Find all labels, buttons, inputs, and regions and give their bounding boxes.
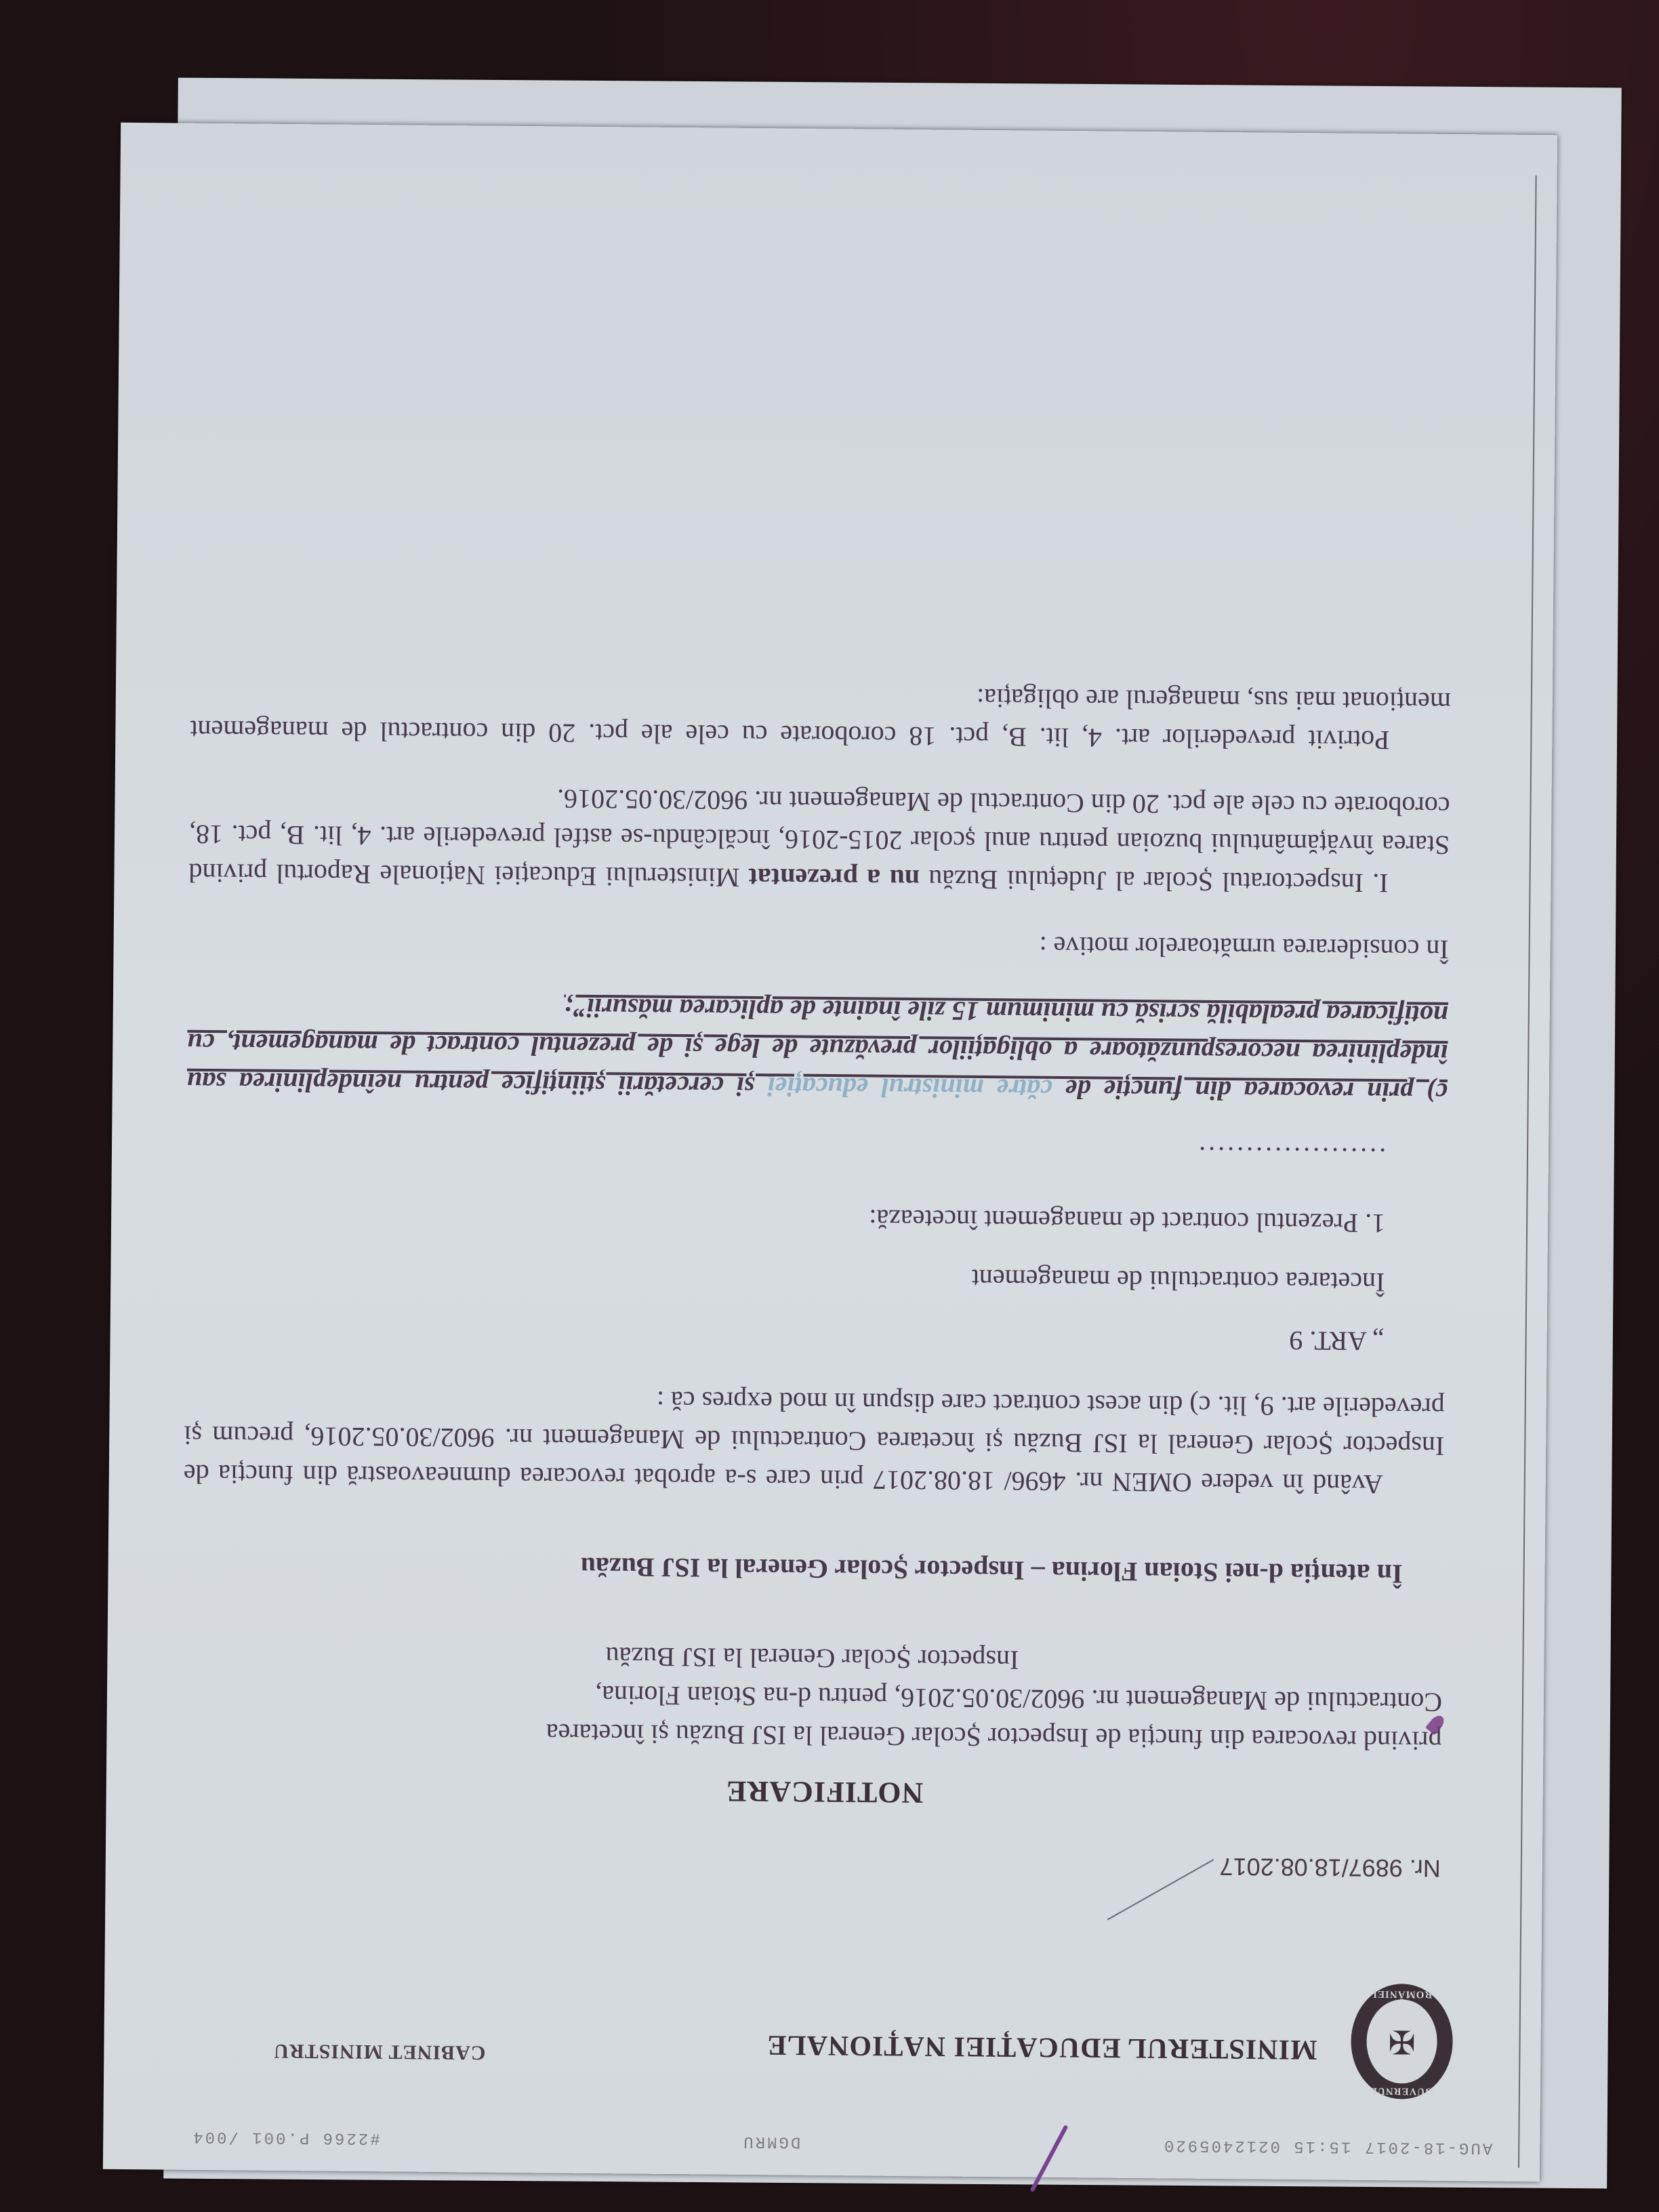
closing-paragraph: Potrivit prevederilor art. 4, lit. B, pc…	[190, 672, 1451, 760]
eagle-emblem-icon: ✠	[1364, 1996, 1440, 2087]
document-number: Nr. 9897/18.08.2017	[1219, 1852, 1441, 1883]
document-title: NOTIFICARE	[106, 1769, 1543, 1816]
document-body: privind revocarea din funcția de Inspect…	[181, 672, 1451, 1761]
page-upside-down: AUG-18-2017 15:15 0212405920 DGMRU #2266…	[103, 123, 1557, 2182]
document-sheet: AUG-18-2017 15:15 0212405920 DGMRU #2266…	[103, 123, 1557, 2182]
government-seal-icon: GUVERNUL ✠ ROMÂNIEI	[1351, 1984, 1453, 2100]
reason-1-bold: nu a prezentat	[748, 863, 920, 895]
reason-1: I. Inspectoratul Școlar al Județului Buz…	[188, 777, 1450, 903]
considering-line: În considerarea următoarelor motive :	[188, 920, 1448, 969]
fax-header-left: AUG-18-2017 15:15 0212405920	[1162, 2135, 1492, 2156]
quote-part-1: c) prin revocarea din funcție de	[1052, 1074, 1447, 1108]
quoted-clause: c) prin revocarea din funcție de către m…	[187, 985, 1448, 1112]
intro-paragraph: Având în vedere OMEN nr. 4696/ 18.08.201…	[184, 1378, 1445, 1504]
cabinet-label: CABINET MINISTRU	[273, 2039, 485, 2064]
fax-header-right: #2266 P.001 /004	[191, 2127, 380, 2147]
reason-1-prefix: I. Inspectoratul Școlar al Județului Buz…	[920, 864, 1389, 899]
ministry-name: MINISTERUL EDUCAȚIEI NAȚIONALE	[766, 2028, 1317, 2066]
ellipsis-dots: ....................	[186, 1128, 1447, 1178]
logo-ring-top: GUVERNUL	[1351, 2085, 1452, 2097]
fax-header: AUG-18-2017 15:15 0212405920 DGMRU #2266…	[191, 2127, 1492, 2157]
attention-line: În atenția d-nei Stoian Florina – Inspec…	[182, 1544, 1443, 1594]
margin-line	[1518, 176, 1537, 2168]
quote-faded: către ministrul educației	[767, 1071, 1052, 1105]
article-point: 1. Prezentul contract de management înce…	[186, 1194, 1446, 1244]
letterhead: GUVERNUL ✠ ROMÂNIEI MINISTERUL EDUCAȚIEI…	[192, 1973, 1453, 2100]
article-heading: „ ART. 9	[184, 1312, 1445, 1361]
article-title: Încetarea contractului de management	[185, 1253, 1446, 1303]
logo-ring-bottom: ROMÂNIEI	[1351, 1988, 1453, 2000]
fax-header-center: DGMRU	[741, 2132, 800, 2151]
